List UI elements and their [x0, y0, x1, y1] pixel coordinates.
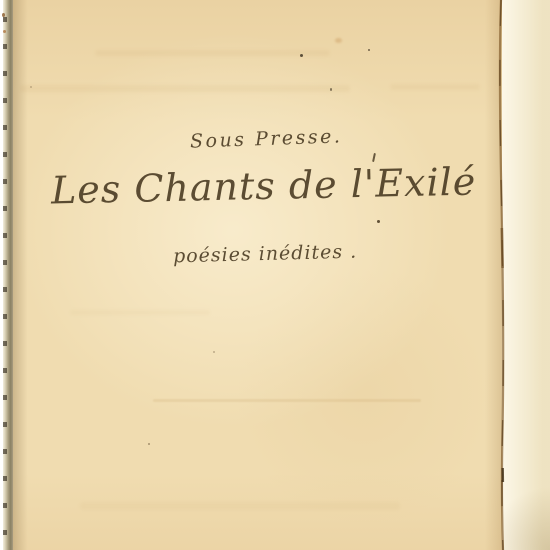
foxing-spot — [300, 54, 303, 57]
bleedthrough-mark — [20, 85, 350, 92]
bleedthrough-mark — [390, 84, 480, 90]
binding-fleck — [3, 30, 6, 33]
binding-fleck — [2, 13, 5, 17]
header-line: Sous Presse. — [190, 125, 343, 152]
subtitle-line: poésies inédites . — [173, 241, 358, 268]
foxing-spot — [30, 86, 32, 88]
under-page — [501, 0, 550, 550]
stitch-marks — [3, 0, 7, 550]
bleedthrough-mark — [70, 310, 210, 315]
foxing-spot — [330, 88, 332, 91]
title-line: Les Chants de l'Exilé — [51, 160, 477, 213]
manuscript-page: Sous Presse. Les Chants de l'Exilé poési… — [13, 0, 502, 550]
photograph: Sous Presse. Les Chants de l'Exilé poési… — [0, 0, 550, 550]
bleedthrough-mark — [153, 399, 421, 402]
foxing-spot — [368, 49, 370, 51]
foxing-spot — [148, 443, 150, 445]
bleedthrough-mark — [80, 502, 400, 510]
ink-dot — [377, 220, 380, 223]
foxing-spot — [213, 351, 215, 353]
foxing-stain — [335, 38, 342, 43]
bleedthrough-mark — [95, 50, 330, 56]
